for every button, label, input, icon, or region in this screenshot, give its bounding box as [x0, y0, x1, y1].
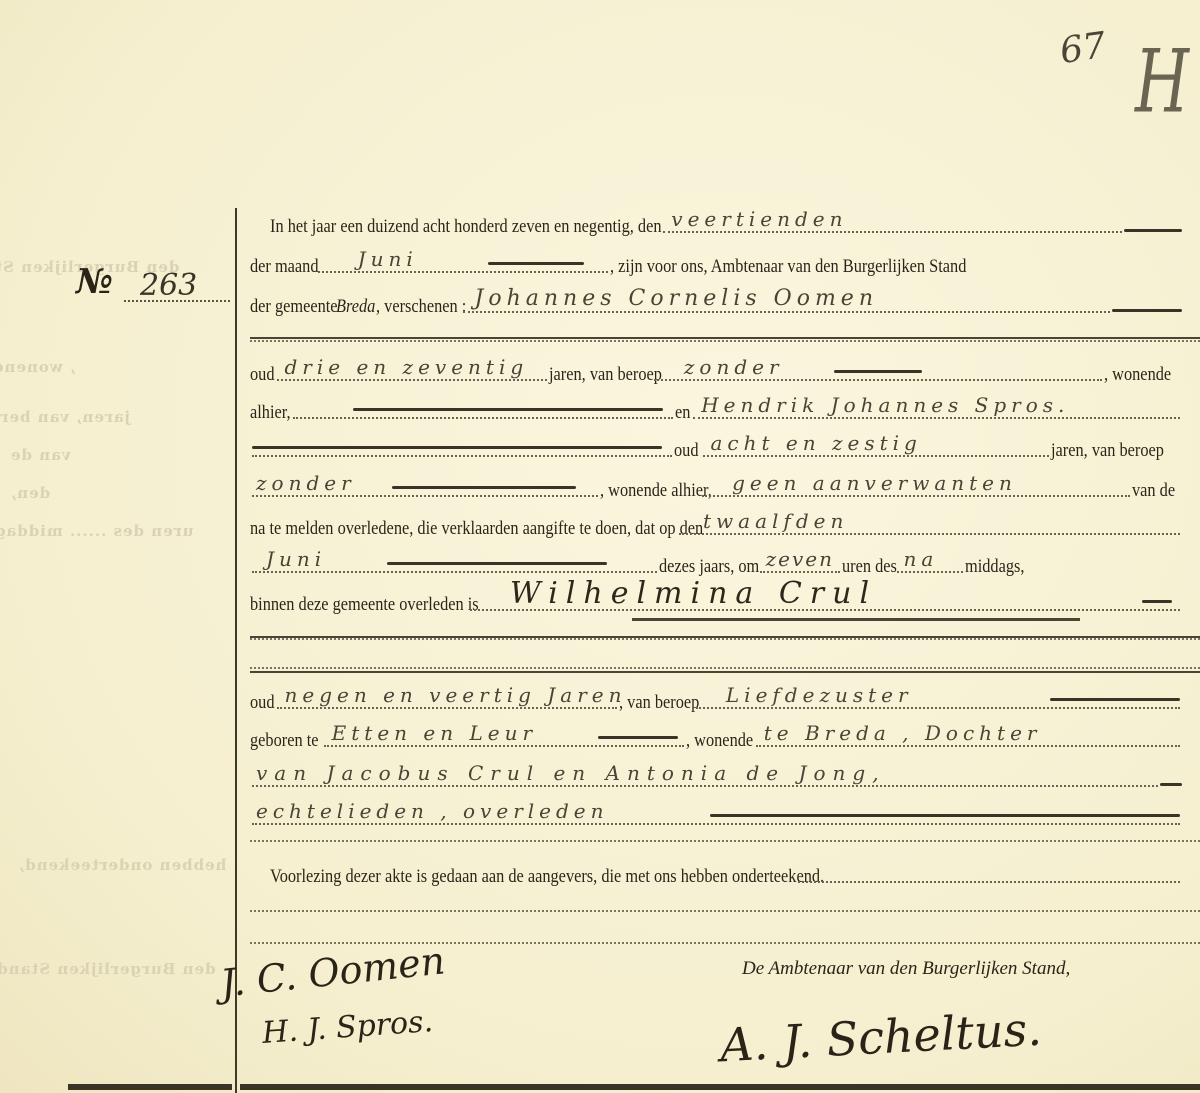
printed-text: , wonende — [686, 730, 753, 752]
corner-mark: H — [1135, 30, 1189, 132]
handwritten-occupation1: zonder — [684, 355, 784, 379]
handwritten-informant1: Johannes Cornelis Oomen — [475, 286, 878, 311]
field-age2: acht en zestig — [703, 431, 1049, 457]
printed-text: geboren te — [250, 730, 319, 752]
handwritten-parents: van Jacobus Crul en Antonia de Jong, — [256, 761, 886, 785]
ghost-text: , wonend — [0, 358, 75, 376]
record-number-value: 263 — [140, 268, 197, 303]
ghost-text: jaren, van beroe — [0, 408, 130, 426]
printed-text: Voorlezing dezer akte is gedaan aan de a… — [270, 866, 824, 888]
field-occupation2: zonder — [252, 471, 598, 497]
blank-line-rule — [250, 671, 1200, 673]
printed-text: middags, — [965, 556, 1024, 578]
handwritten-day: veertienden — [671, 207, 847, 231]
line-municipality: der gemeente Breda , verschenen : Johann… — [250, 288, 1182, 318]
printed-text: oud — [250, 692, 275, 714]
field-residence1 — [293, 393, 673, 419]
field-age3: negen en veertig Jaren — [277, 683, 617, 709]
handwritten-occupation3: Liefdezuster — [726, 683, 913, 707]
field-part-of-day: na — [897, 547, 963, 573]
blank-line-dots — [250, 910, 1200, 912]
handwritten-month: Juni — [358, 247, 418, 271]
field-informant2: Hendrik Johannes Spros. — [693, 393, 1180, 419]
bottom-rule-right — [240, 1084, 1200, 1090]
line-occupation2: zonder , wonende alhier, geen aanverwant… — [250, 472, 1182, 502]
handwritten-parents-status: echtelieden , overleden — [256, 799, 609, 823]
filler-dash — [392, 486, 576, 489]
printed-text: In het jaar een duizend acht honderd zev… — [270, 216, 662, 238]
filler-dash — [353, 408, 663, 411]
printed-text: oud — [674, 440, 699, 462]
filler-dash — [387, 562, 607, 565]
field-death-day: twaalfden — [679, 509, 1180, 535]
filler-dash — [1112, 309, 1182, 312]
signature-informant2: H. J. Spros. — [261, 1004, 434, 1051]
field-parents-status: echtelieden , overleden — [252, 799, 1180, 825]
printed-text: , verschenen : — [376, 296, 466, 318]
handwritten-age2: acht en zestig — [711, 431, 922, 455]
handwritten-relation: geen aanverwanten — [732, 471, 1017, 495]
filler-dash — [252, 446, 662, 449]
field-day: veertienden — [663, 207, 1122, 233]
filler-dash — [488, 262, 584, 265]
line-declaration: na te melden overledene, die verklaarden… — [250, 510, 1182, 540]
separator-dots — [250, 840, 1200, 842]
ghost-text: hebben onderteekend, — [18, 856, 227, 874]
field-death-month: Juni — [252, 547, 657, 573]
printed-text: , van beroep — [619, 692, 699, 714]
line-informant2: alhier, en Hendrik Johannes Spros. — [250, 394, 1182, 424]
field-age1: drie en zeventig — [277, 355, 547, 381]
line-death-time: Juni dezes jaars, om zeven uren des na m… — [250, 548, 1182, 578]
filler-dash — [834, 370, 922, 373]
record-number-label: № — [76, 262, 113, 302]
filler-dash — [710, 814, 1180, 817]
field-blank — [252, 431, 672, 457]
field-occupation1: zonder — [654, 355, 1102, 381]
line-date: In het jaar een duizend acht honderd zev… — [270, 208, 1182, 238]
line-deceased: binnen deze gemeente overleden is Wilhel… — [250, 586, 1182, 616]
handwritten-birthplace: Etten en Leur — [332, 721, 537, 745]
printed-text: dezes jaars, om — [659, 556, 759, 578]
line-informant2-age: oud acht en zestig jaren, van beroep — [250, 432, 1182, 462]
handwritten-death-month: Juni — [266, 547, 326, 571]
printed-text: jaren, van beroep — [549, 364, 662, 386]
printed-text: uren des — [842, 556, 897, 578]
ghost-text: uren des ...... middag — [0, 522, 194, 540]
line-parents: van Jacobus Crul en Antonia de Jong, — [250, 762, 1182, 792]
field-informant1: Johannes Cornelis Oomen — [463, 287, 1110, 313]
printed-text: na te melden overledene, die verklaarden… — [250, 518, 703, 540]
line-deceased-age: oud negen en veertig Jaren , van beroep … — [250, 684, 1182, 714]
municipality-name: Breda — [336, 296, 375, 318]
printed-text: oud — [250, 364, 275, 386]
bottom-rule-left — [68, 1084, 232, 1090]
record-number-dots — [124, 300, 230, 302]
separator-dots — [250, 340, 1200, 342]
page-number: 67 — [1057, 25, 1108, 72]
line-month: der maand Juni , zijn voor ons, Ambtenaa… — [250, 248, 1182, 278]
field-birthplace: Etten en Leur — [324, 721, 684, 747]
field-deceased: Wilhelmina Crul — [470, 585, 1180, 611]
signature-official: A. J. Scheltus. — [719, 1002, 1043, 1073]
printed-text: jaren, van beroep — [1051, 440, 1164, 462]
handwritten-age3: negen en veertig Jaren — [285, 683, 627, 707]
field-relation: geen aanverwanten — [702, 471, 1130, 497]
filler-dash — [1124, 229, 1182, 232]
blank-line-dots — [250, 667, 1200, 669]
blank-line-dots — [250, 638, 1200, 640]
field-residence3: te Breda , Dochter — [756, 721, 1180, 747]
printed-text: , zijn voor ons, Ambtenaar van den Burge… — [610, 256, 966, 278]
filler-dash — [598, 736, 678, 739]
printed-text: binnen deze gemeente overleden is — [250, 594, 479, 616]
field-month: Juni — [318, 247, 608, 273]
separator-rule — [250, 337, 1200, 339]
printed-text: der maand — [250, 256, 319, 278]
printed-text: van de — [1132, 480, 1175, 502]
handwritten-occupation2: zonder — [256, 471, 356, 495]
handwritten-residence3: te Breda , Dochter — [764, 721, 1042, 745]
line-informant1-details: oud drie en zeventig jaren, van beroep z… — [250, 356, 1182, 386]
field-reading-blank — [798, 857, 1180, 883]
line-reading: Voorlezing dezer akte is gedaan aan de a… — [270, 858, 1182, 888]
handwritten-informant2: Hendrik Johannes Spros. — [701, 393, 1069, 417]
field-parents: van Jacobus Crul en Antonia de Jong, — [252, 761, 1158, 787]
filler-dash — [1142, 600, 1172, 603]
ghost-text: den Burgerlijken Stand, — [0, 960, 216, 978]
document-page: den Burgerlijken Stand , wonend jaren, v… — [0, 0, 1200, 1093]
handwritten-deceased-name: Wilhelmina Crul — [510, 576, 877, 611]
line-birthplace: geboren te Etten en Leur , wonende te Br… — [250, 722, 1182, 752]
handwritten-age1: drie en zeventig — [285, 355, 529, 379]
printed-text: , wonende alhier, — [600, 480, 712, 502]
official-title: De Ambtenaar van den Burgerlijken Stand, — [742, 958, 1070, 980]
signature-informant1: J. C. Oomen — [218, 938, 447, 1005]
handwritten-hour: zeven — [766, 547, 834, 571]
handwritten-part-of-day: na — [903, 547, 938, 571]
field-occupation3: Liefdezuster — [696, 683, 1180, 709]
printed-text: en — [675, 402, 690, 424]
filler-dash — [1050, 698, 1180, 701]
printed-text: alhier, — [250, 402, 291, 424]
ghost-text: van de — [10, 446, 71, 464]
filler-dash — [1160, 783, 1182, 786]
deceased-underline — [632, 618, 1080, 621]
handwritten-death-day: twaalfden — [703, 509, 848, 533]
ghost-text: den, — [10, 484, 50, 502]
field-hour: zeven — [760, 547, 840, 573]
printed-text: der gemeente — [250, 296, 338, 318]
printed-text: , wonende — [1104, 364, 1171, 386]
line-parents-status: echtelieden , overleden — [250, 800, 1182, 830]
